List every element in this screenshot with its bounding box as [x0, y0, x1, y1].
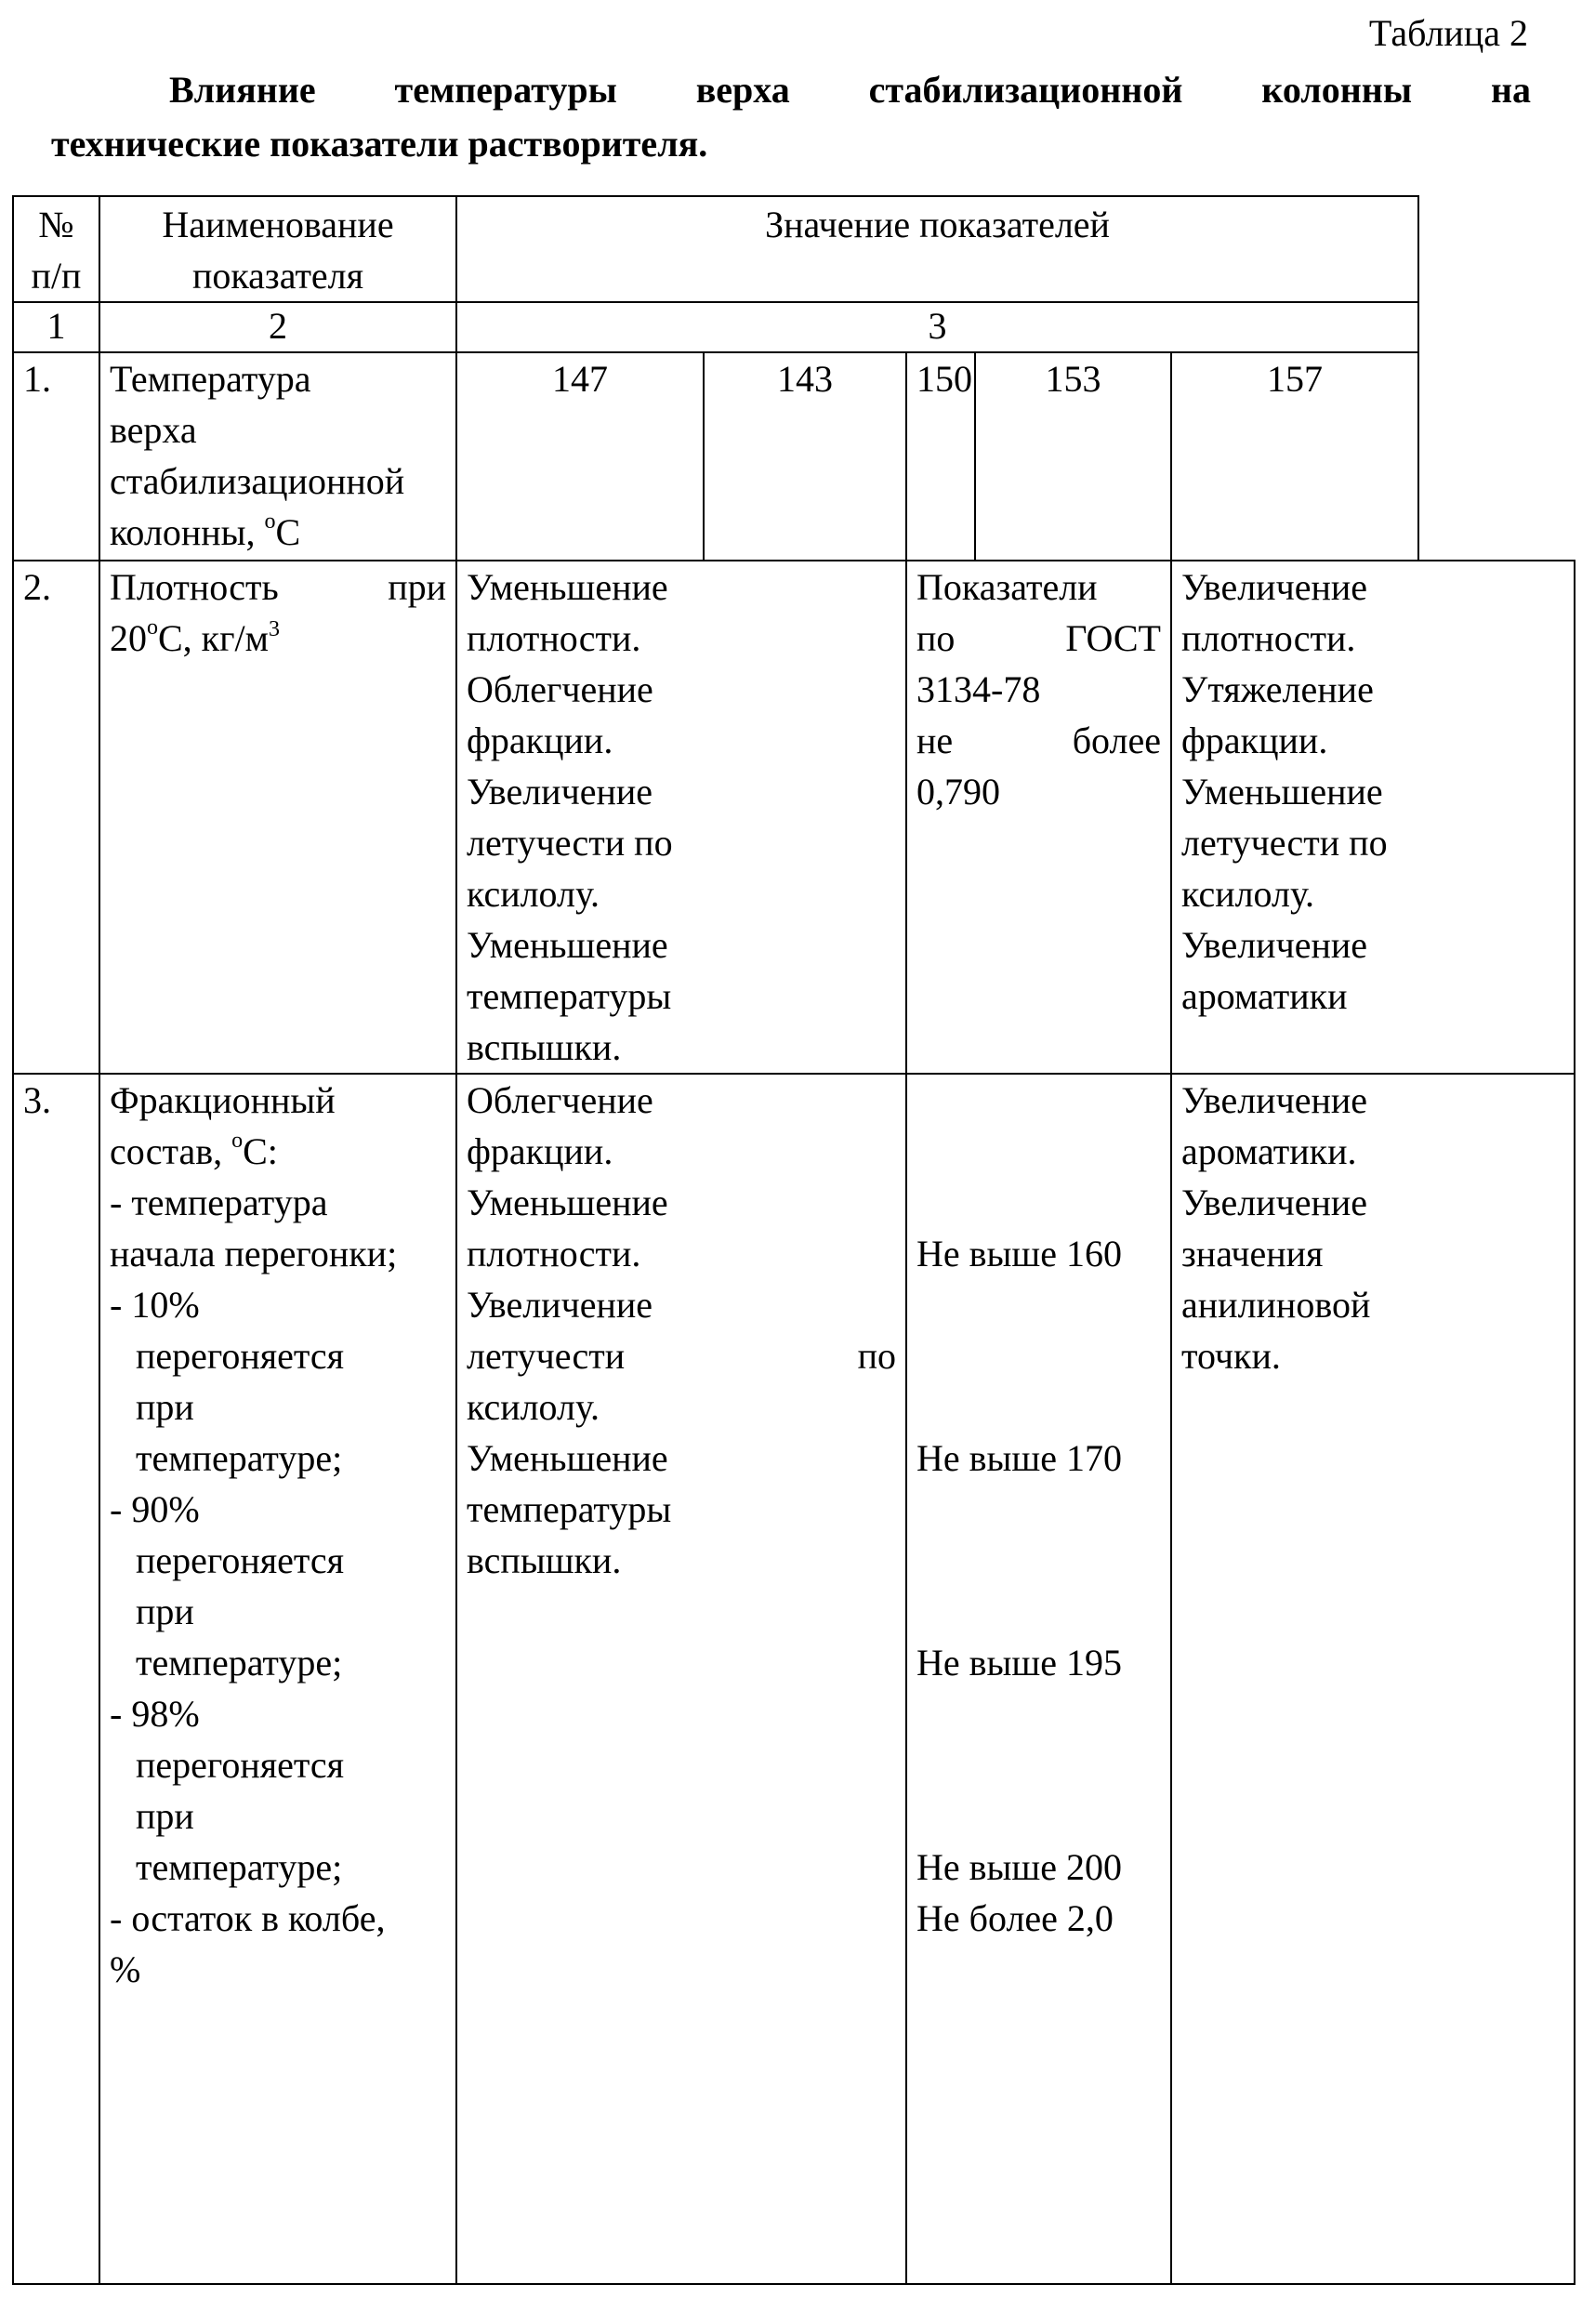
effect-line: Уменьшение — [467, 1433, 896, 1484]
row-indicator-name: Плотность при 20oС, кг/м3 — [99, 561, 456, 1074]
name-item: при — [110, 1586, 446, 1637]
effect-line: Утяжеление — [1181, 664, 1564, 715]
effect-line: плотности. — [1181, 613, 1564, 664]
table-row: 3. Фракционный состав, oС: - температура… — [13, 1074, 1575, 2284]
row-number: 2. — [13, 561, 99, 1074]
norm-line: не более — [916, 715, 1161, 766]
effect-high-temperature: Увеличение ароматики. Увеличение значени… — [1171, 1074, 1575, 2284]
header-values: Значение показателей — [456, 196, 1418, 302]
column-numbers-row: 1 2 3 — [13, 302, 1575, 352]
indicators-table: № п/п Наименование показателя Значение п… — [12, 195, 1575, 2285]
name-item: при — [110, 1790, 446, 1842]
effect-line: Увеличение — [467, 766, 896, 817]
row-number: 1. — [13, 352, 99, 561]
norm-line: Не выше 200 — [916, 1842, 1161, 1893]
name-line: верха — [110, 404, 446, 456]
effect-line: летучести по — [467, 1330, 896, 1381]
norm-line: Показатели — [916, 561, 1161, 613]
table-header-row: № п/п Наименование показателя Значение п… — [13, 196, 1575, 302]
effect-line: Увеличение — [467, 1279, 896, 1330]
effect-line: температуры — [467, 971, 896, 1022]
effect-line: Увеличение — [1181, 1177, 1564, 1228]
effect-line: Увеличение — [1181, 561, 1564, 613]
name-line: Плотность при — [110, 561, 446, 613]
name-line: Фракционный — [110, 1075, 446, 1126]
temperature-value: 153 — [975, 352, 1171, 561]
effect-line: плотности. — [467, 1228, 896, 1279]
name-item: перегоняется — [110, 1535, 446, 1586]
effect-line: Увеличение — [1181, 1075, 1564, 1126]
row-indicator-name: Фракционный состав, oС: - температура на… — [99, 1074, 456, 2284]
norm-line: Не выше 170 — [916, 1433, 1161, 1484]
effect-line: летучести по — [1181, 817, 1564, 868]
name-item: начала перегонки; — [110, 1228, 446, 1279]
column-number-1: 1 — [13, 302, 99, 352]
effect-line: ароматики — [1181, 971, 1564, 1022]
temperature-value: 150 — [906, 352, 975, 561]
name-item: температуре; — [110, 1637, 446, 1688]
effect-line: Уменьшение — [1181, 766, 1564, 817]
name-line: 20oС, кг/м3 — [110, 613, 446, 664]
table-title-line1: Влияние температуры верха стабилизационн… — [51, 63, 1531, 117]
effect-line: ароматики. — [1181, 1126, 1564, 1177]
effect-line: ксилолу. — [467, 868, 896, 919]
effect-low-temperature: Облегчение фракции. Уменьшение плотности… — [456, 1074, 906, 2284]
temperature-value: 147 — [456, 352, 704, 561]
row-number: 3. — [13, 1074, 99, 2284]
name-item: температуре; — [110, 1842, 446, 1893]
norm-line: по ГОСТ — [916, 613, 1161, 664]
name-item: % — [110, 1944, 446, 1995]
effect-line: Уменьшение — [467, 1177, 896, 1228]
effect-low-temperature: Уменьшение плотности. Облегчение фракции… — [456, 561, 906, 1074]
table-caption: Таблица 2 — [1369, 9, 1528, 58]
norm-gost: Не выше 160 Не выше 170 Не выше 195 Не в… — [906, 1074, 1171, 2284]
effect-line: Облегчение — [467, 664, 896, 715]
name-item: - 90% — [110, 1484, 446, 1535]
name-item: температуре; — [110, 1433, 446, 1484]
effect-line: плотности. — [467, 613, 896, 664]
name-item: - 98% — [110, 1688, 446, 1739]
norm-line: Не более 2,0 — [916, 1893, 1161, 1944]
name-line: колонны, oC — [110, 507, 446, 558]
header-number-symbol: № — [23, 199, 89, 250]
effect-high-temperature: Увеличение плотности. Утяжеление фракции… — [1171, 561, 1575, 1074]
name-line: состав, oС: — [110, 1126, 446, 1177]
name-item: перегоняется — [110, 1739, 446, 1790]
effect-line: летучести по — [467, 817, 896, 868]
norm-line: Не выше 160 — [916, 1228, 1161, 1279]
header-name-line1: Наименование — [110, 199, 446, 250]
norm-gost: Показатели по ГОСТ 3134-78 не более 0,79… — [906, 561, 1171, 1074]
name-item: - температура — [110, 1177, 446, 1228]
name-item: - остаток в колбе, — [110, 1893, 446, 1944]
table-row: 2. Плотность при 20oС, кг/м3 Уменьшение … — [13, 561, 1575, 1074]
table-row: 1. Температура верха стабилизационной ко… — [13, 352, 1575, 561]
column-number-2: 2 — [99, 302, 456, 352]
header-name-line2: показателя — [110, 250, 446, 301]
temperature-value: 143 — [704, 352, 906, 561]
effect-line: ксилолу. — [467, 1381, 896, 1433]
effect-line: вспышки. — [467, 1535, 896, 1586]
effect-line: фракции. — [467, 715, 896, 766]
effect-line: вспышки. — [467, 1022, 896, 1073]
effect-line: Облегчение — [467, 1075, 896, 1126]
norm-line: 0,790 — [916, 766, 1161, 817]
norm-line: 3134-78 — [916, 664, 1161, 715]
name-item: - 10% — [110, 1279, 446, 1330]
effect-line: точки. — [1181, 1330, 1564, 1381]
effect-line: анилиновой — [1181, 1279, 1564, 1330]
header-indicator-name: Наименование показателя — [99, 196, 456, 302]
column-number-3: 3 — [456, 302, 1418, 352]
row-indicator-name: Температура верха стабилизационной колон… — [99, 352, 456, 561]
effect-line: температуры — [467, 1484, 896, 1535]
effect-line: значения — [1181, 1228, 1564, 1279]
effect-line: Уменьшение — [467, 919, 896, 971]
table-title-line2: технические показатели растворителя. — [51, 117, 1531, 171]
header-number-label: п/п — [23, 250, 89, 301]
name-item: перегоняется — [110, 1330, 446, 1381]
effect-line: фракции. — [467, 1126, 896, 1177]
name-line: Температура — [110, 353, 446, 404]
header-number: № п/п — [13, 196, 99, 302]
temperature-value: 157 — [1171, 352, 1418, 561]
name-item: при — [110, 1381, 446, 1433]
table-title: Влияние температуры верха стабилизационн… — [51, 63, 1531, 171]
effect-line: фракции. — [1181, 715, 1564, 766]
effect-line: ксилолу. — [1181, 868, 1564, 919]
norm-line: Не выше 195 — [916, 1637, 1161, 1688]
name-line: стабилизационной — [110, 456, 446, 507]
effect-line: Уменьшение — [467, 561, 896, 613]
effect-line: Увеличение — [1181, 919, 1564, 971]
